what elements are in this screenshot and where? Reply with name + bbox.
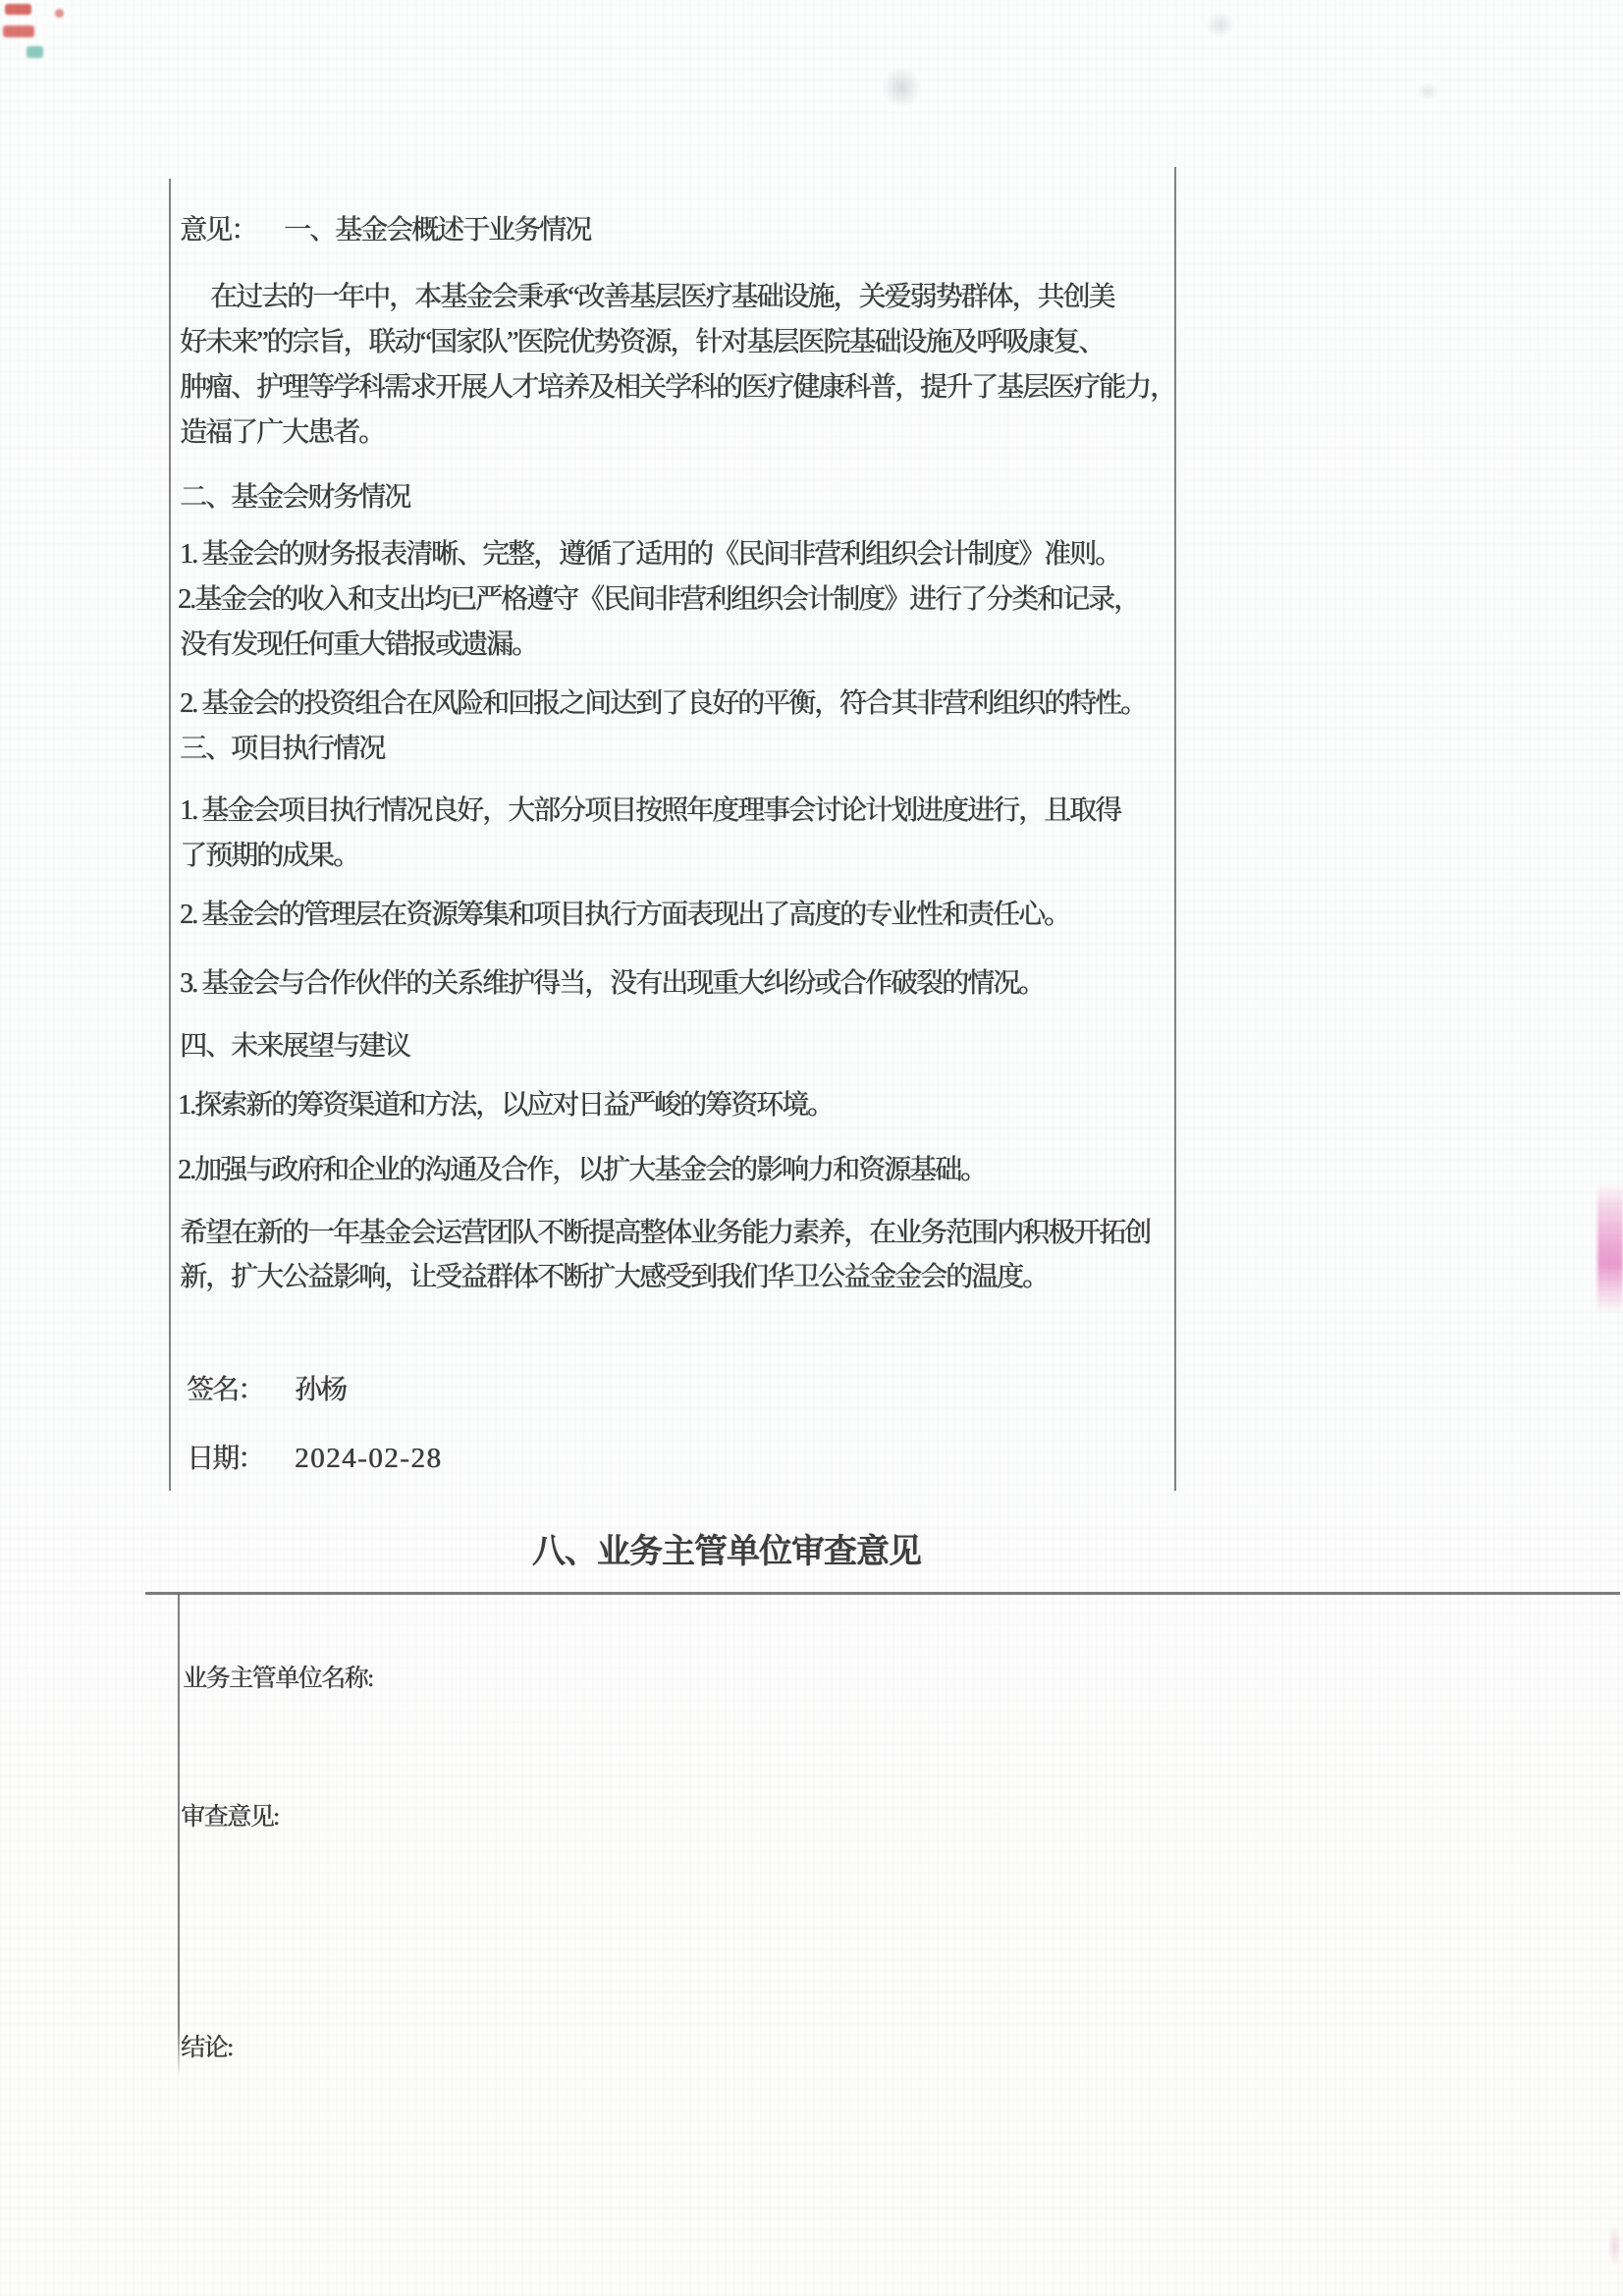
scan-smudge	[882, 67, 921, 108]
section8-heading: 八、业务主管单位审查意见	[0, 1524, 1453, 1572]
list-item: 1. 基金会的财务报表清晰、完整，遵循了适用的《民间非营利组织会计制度》准则。	[180, 535, 1120, 574]
review-box-left-border	[178, 1594, 180, 2077]
list-item-continuation: 没有发现任何重大错报或遗漏。	[180, 626, 537, 665]
signature-label: 签名：	[187, 1375, 263, 1405]
conclusion-label: 结论:	[181, 2029, 232, 2068]
paragraph-line: 造福了广大患者。	[180, 413, 384, 453]
closing-line: 希望在新的一年基金会运营团队不断提高整体业务能力素养，在业务范围内积极开拓创	[180, 1214, 1150, 1253]
scan-smudge	[1206, 12, 1235, 37]
scanned-document-page: 意见：一、基金会概述于业务情况 在过去的一年中，本基金会秉承“改善基层医疗基础设…	[0, 0, 1623, 2296]
scan-smudge	[1417, 82, 1438, 100]
section4-title: 四、未来展望与建议	[180, 1027, 409, 1066]
date-label: 日期：	[187, 1444, 263, 1474]
scan-artifact-pink-dot	[1608, 2225, 1621, 2267]
section3-title: 三、项目执行情况	[180, 730, 384, 769]
list-item: 2.基金会的收入和支出均已严格遵守《民间非营利组织会计制度》进行了分类和记录，	[178, 580, 1139, 620]
paragraph-line: 在过去的一年中，本基金会秉承“改善基层医疗基础设施，关爱弱势群体，共创美	[210, 278, 1113, 317]
closing-line: 新，扩大公益影响，让受益群体不断扩大感受到我们华卫公益金金会的温度。	[180, 1258, 1048, 1297]
opinion-intro-row: 意见：一、基金会概述于业务情况	[180, 211, 590, 250]
unit-name-label: 业务主管单位名称:	[183, 1660, 372, 1699]
list-item: 1. 基金会项目执行情况良好，大部分项目按照年度理事会讨论计划进度进行，且取得	[180, 792, 1120, 831]
signature-row: 签名：孙杨	[187, 1371, 346, 1410]
paragraph-line: 好未来”的宗旨，联动“国家队”医院优势资源，针对基层医院基础设施及呼吸康复、	[180, 323, 1104, 362]
list-item-continuation: 了预期的成果。	[180, 837, 358, 876]
scan-artifact-teal-mark	[27, 46, 43, 58]
list-item: 2.加强与政府和企业的沟通及合作，以扩大基金会的影响力和资源基础。	[178, 1151, 986, 1190]
list-item: 3. 基金会与合作伙伴的关系维护得当，没有出现重大纠纷或合作破裂的情况。	[180, 964, 1044, 1004]
scan-artifact-red-mark	[5, 4, 31, 15]
section1-title: 一、基金会概述于业务情况	[284, 215, 590, 246]
date-row: 日期：2024-02-28	[187, 1439, 442, 1479]
opinion-box-right-border	[1174, 167, 1176, 1491]
paragraph-line: 肿瘤、护理等学科需求开展人才培养及相关学科的医疗健康科普，提升了基层医疗能力，	[180, 368, 1175, 408]
list-item: 2. 基金会的管理层在资源筹集和项目执行方面表现出了高度的专业性和责任心。	[180, 896, 1069, 935]
list-item: 2. 基金会的投资组合在风险和回报之间达到了良好的平衡，符合其非营利组织的特性。	[180, 684, 1146, 724]
signature-name: 孙杨	[295, 1375, 346, 1405]
section2-title: 二、基金会财务情况	[180, 478, 409, 518]
review-box-top-border	[145, 1592, 1620, 1595]
scan-artifact-red-dot	[55, 9, 64, 18]
scan-artifact-pink-streak	[1597, 1183, 1623, 1313]
scan-artifact-red-mark	[3, 26, 34, 37]
list-item: 1.探索新的筹资渠道和方法，以应对日益严峻的筹资环境。	[178, 1086, 833, 1125]
opinion-label: 意见：	[180, 215, 256, 246]
review-opinion-label: 审查意见:	[181, 1798, 278, 1837]
date-value: 2024-02-28	[295, 1443, 442, 1474]
opinion-box-left-border	[169, 179, 171, 1491]
